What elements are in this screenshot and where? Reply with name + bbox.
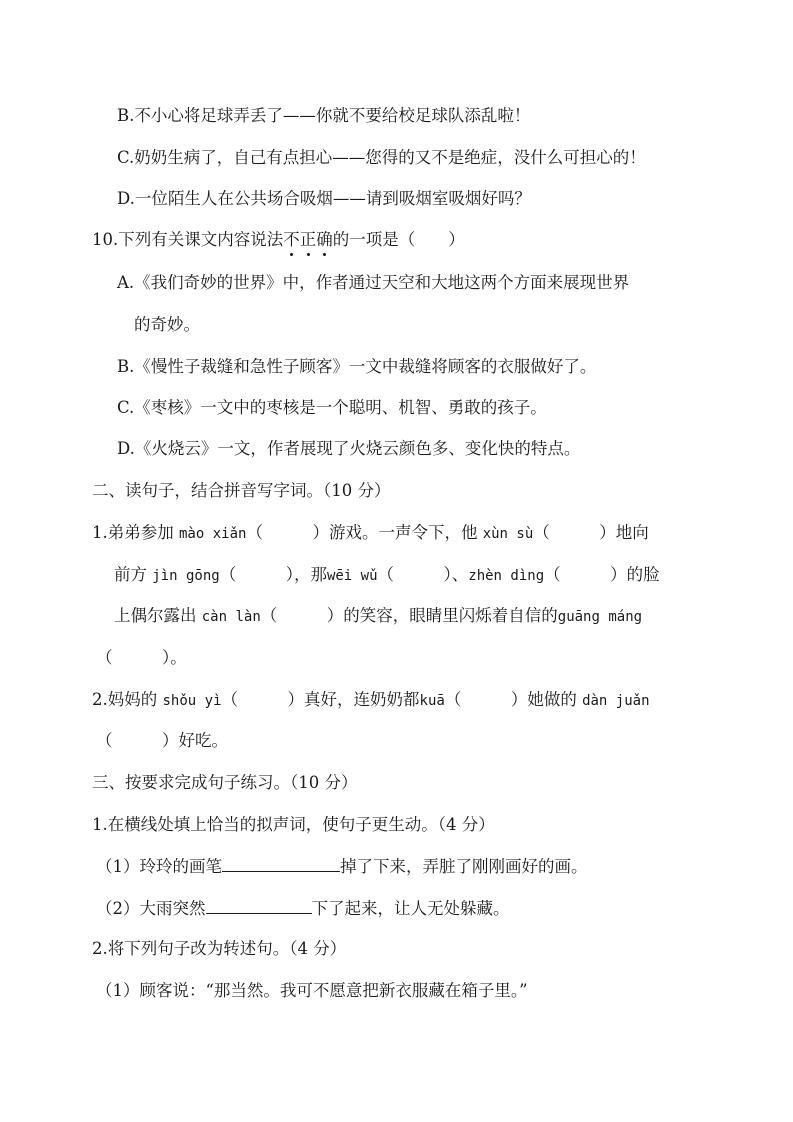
option-text: 不小心将足球弄丢了——你就不要给校足球队添乱啦！ — [134, 106, 530, 125]
question-text: 的一项是（ ） — [333, 230, 465, 249]
q9-option-b: B.不小心将足球弄丢了——你就不要给校足球队添乱啦！ — [117, 105, 530, 127]
answer-blank-text[interactable]: （ ）她做的 — [445, 690, 577, 709]
option-label: B. — [117, 357, 134, 376]
pinyin: guāng máng — [558, 609, 642, 625]
section-3-heading: 三、按要求完成句子练习。（10 分） — [92, 772, 358, 794]
q10-stem: 10.下列有关课文内容说法不正确的一项是（ ） — [92, 229, 465, 251]
pinyin: dàn juǎn — [582, 693, 649, 709]
pinyin: xùn sù — [483, 526, 534, 542]
section-2-heading: 二、读句子，结合拼音写字词。（10 分） — [92, 480, 391, 502]
emphasis-char: 确 — [316, 229, 333, 251]
answer-blank-text[interactable]: （ ）真好，连奶奶都 — [222, 690, 420, 709]
item-text: 下了起来，让人无处躲藏。 — [312, 899, 510, 918]
pinyin: kuā — [420, 693, 445, 709]
q10-option-d: D.《火烧云》一文，作者展现了火烧云颜色多、变化快的特点。 — [117, 438, 580, 460]
s3-q1-title: 1.在横线处填上恰当的拟声词，使句子更生动。（4 分） — [92, 814, 495, 836]
option-text: 《火烧云》一文，作者展现了火烧云颜色多、变化快的特点。 — [135, 439, 581, 458]
sentence-text: 前方 — [114, 565, 147, 584]
emphasis-char: 不 — [283, 229, 300, 251]
emphasis-char: 正 — [300, 229, 317, 251]
option-label: D. — [117, 189, 135, 208]
pinyin: càn làn — [202, 609, 261, 625]
s3-q2-item-1: （1）顾客说：“那当然。我可不愿意把新衣服藏在箱子里。” — [96, 980, 528, 1002]
item-text: 掉了下来，弄脏了刚刚画好的画。 — [340, 857, 588, 876]
option-text: 《我们奇妙的世界》中，作者通过天空和大地这两个方面来展现世界 — [134, 273, 629, 292]
pinyin: wēi wǔ — [327, 568, 378, 584]
fill-in-blank[interactable] — [206, 897, 312, 914]
option-label: D. — [117, 439, 135, 458]
option-label: C. — [117, 148, 134, 167]
q10-option-b: B.《慢性子裁缝和急性子顾客》一文中裁缝将顾客的衣服做好了。 — [117, 356, 596, 378]
answer-blank-text[interactable]: （ ）、 — [378, 565, 469, 584]
option-label: C. — [117, 398, 134, 417]
answer-blank-text[interactable]: （ ），那 — [220, 565, 327, 584]
s2-q2-line2[interactable]: （ ）好吃。 — [96, 730, 228, 752]
s2-q1-line2: 前方 jìn gōng（ ），那wēi wǔ（ ）、zhèn dìng（ ）的脸 — [114, 564, 660, 587]
option-text: 一位陌生人在公共场合吸烟——请到吸烟室吸烟好吗？ — [135, 189, 531, 208]
option-label: B. — [117, 106, 134, 125]
sentence-text: 上偶尔露出 — [114, 606, 197, 625]
question-number: 10. — [92, 230, 118, 249]
sentence-text: 1.弟弟参加 — [92, 523, 174, 542]
pinyin: mào xiǎn — [179, 526, 246, 542]
s3-q1-item-2: （2）大雨突然下了起来，让人无处躲藏。 — [96, 897, 510, 920]
item-text: （1）玲玲的画笔 — [96, 857, 222, 876]
answer-blank-text[interactable]: （ ）的笑容，眼睛里闪烁着自信的 — [261, 606, 558, 625]
answer-blank-text[interactable]: （ ）游戏。一声令下，他 — [246, 523, 477, 542]
s2-q1-line4[interactable]: （ ）。 — [96, 647, 187, 669]
pinyin: zhèn dìng — [468, 568, 544, 584]
pinyin: jìn gōng — [152, 568, 219, 584]
s2-q2-line1: 2.妈妈的 shǒu yì（ ）真好，连奶奶都kuā（ ）她做的 dàn juǎ… — [92, 689, 650, 712]
option-label: A. — [117, 273, 134, 292]
s3-q2-title: 2.将下列句子改为转述句。（4 分） — [92, 938, 346, 960]
answer-blank-text[interactable]: （ ）地向 — [533, 523, 649, 542]
question-text: 下列有关课文内容说法 — [118, 230, 283, 249]
q10-option-a-continuation: 的奇妙。 — [134, 314, 200, 336]
s2-q1-line3: 上偶尔露出 càn làn（ ）的笑容，眼睛里闪烁着自信的guāng máng — [114, 605, 642, 628]
pinyin: shǒu yì — [163, 693, 222, 709]
answer-blank-text[interactable]: （ ）的脸 — [544, 565, 660, 584]
q9-option-d: D.一位陌生人在公共场合吸烟——请到吸烟室吸烟好吗？ — [117, 188, 531, 210]
s3-q1-item-1: （1）玲玲的画笔掉了下来，弄脏了刚刚画好的画。 — [96, 855, 588, 878]
option-text: 奶奶生病了，自己有点担心——您得的又不是绝症，没什么可担心的！ — [134, 148, 646, 167]
s2-q1-line1: 1.弟弟参加 mào xiǎn（ ）游戏。一声令下，他 xùn sù（ ）地向 — [92, 522, 649, 545]
q9-option-c: C.奶奶生病了，自己有点担心——您得的又不是绝症，没什么可担心的！ — [117, 147, 646, 169]
option-text: 《枣核》一文中的枣核是一个聪明、机智、勇敢的孩子。 — [134, 398, 547, 417]
fill-in-blank[interactable] — [222, 855, 340, 872]
q10-option-a: A.《我们奇妙的世界》中，作者通过天空和大地这两个方面来展现世界 — [117, 272, 629, 294]
sentence-text: 2.妈妈的 — [92, 690, 157, 709]
q10-option-c: C.《枣核》一文中的枣核是一个聪明、机智、勇敢的孩子。 — [117, 397, 547, 419]
item-text: （2）大雨突然 — [96, 899, 206, 918]
option-text: 《慢性子裁缝和急性子顾客》一文中裁缝将顾客的衣服做好了。 — [134, 357, 596, 376]
